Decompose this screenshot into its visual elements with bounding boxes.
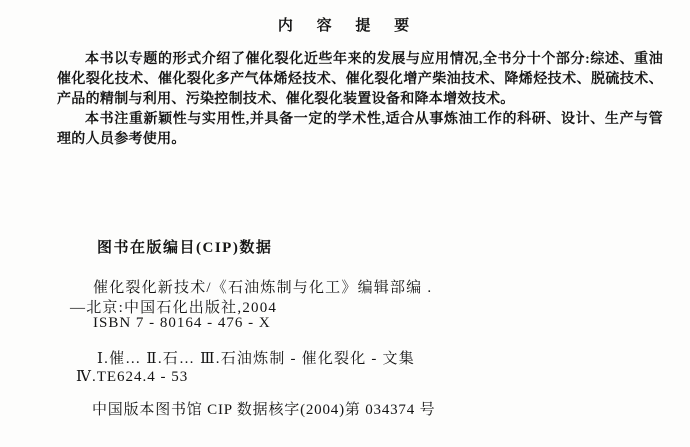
cip-isbn-line: ISBN 7 - 80164 - 476 - X — [93, 315, 271, 332]
summary-paragraph-1: 本书以专题的形式介绍了催化裂化近些年来的发展与应用情况,全书分十个部分:综述、重… — [57, 50, 663, 110]
cip-heading: 图书在版编目(CIP)数据 — [97, 236, 272, 257]
cip-imprint-line: —北京:中国石化出版社,2004 — [70, 296, 277, 317]
content-summary: 本书以专题的形式介绍了催化裂化近些年来的发展与应用情况,全书分十个部分:综述、重… — [57, 50, 663, 150]
cip-record-number-line: 中国版本图书馆 CIP 数据核字(2004)第 034374 号 — [92, 398, 435, 419]
cip-class-number-line: Ⅳ.TE624.4 - 53 — [76, 367, 188, 386]
page-title: 内 容 提 要 — [0, 14, 690, 35]
summary-paragraph-2: 本书注重新颖性与实用性,并具备一定的学术性,适合从事炼油工作的科研、设计、生产与… — [57, 110, 663, 150]
cip-title-statement: 催化裂化新技术/《石油炼制与化工》编辑部编 . — [93, 276, 432, 297]
scanned-book-page: 内 容 提 要 本书以专题的形式介绍了催化裂化近些年来的发展与应用情况,全书分十… — [0, 0, 690, 447]
cip-tracings-line: Ⅰ.催… Ⅱ.石… Ⅲ.石油炼制 - 催化裂化 - 文集 — [97, 347, 415, 368]
